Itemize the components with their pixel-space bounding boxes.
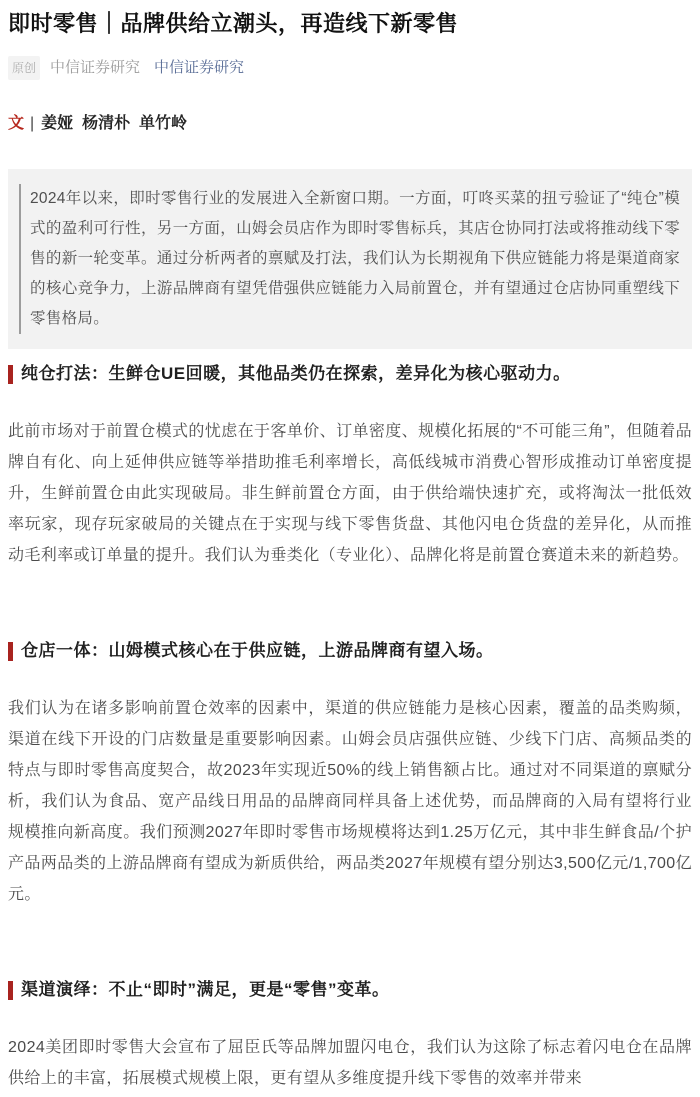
article-title: 即时零售｜品牌供给立潮头，再造线下新零售 (8, 8, 692, 40)
authors-prefix: 文 (8, 115, 24, 132)
account-link[interactable]: 中信证券研究 (154, 58, 244, 78)
red-bar-icon (8, 981, 13, 1000)
section-heading-2: 仓店一体：山姆模式核心在于供应链，上游品牌商有望入场。 (8, 639, 692, 663)
authors-line: 文|姜娅 杨清朴 单竹岭 (8, 110, 692, 133)
section-heading-2-text: 仓店一体：山姆模式核心在于供应链，上游品牌商有望入场。 (21, 639, 494, 663)
byline: 原创 中信证券研究 中信证券研究 (8, 56, 692, 80)
section-heading-1: 纯仓打法：生鲜仓UE回暖，其他品类仍在探索，差异化为核心驱动力。 (8, 362, 692, 386)
abstract-text: 2024年以来，即时零售行业的发展进入全新窗口期。一方面，叮咚买菜的扭亏验证了“… (19, 184, 680, 334)
section-heading-3-text: 渠道演绎：不止“即时”满足，更是“零售”变革。 (21, 978, 390, 1002)
authors-separator: | (30, 115, 34, 132)
section-body-3: 2024美团即时零售大会宣布了屈臣氏等品牌加盟闪电仓，我们认为这除了标志着闪电仓… (8, 1032, 692, 1094)
red-bar-icon (8, 365, 13, 384)
account-name[interactable]: 中信证券研究 (50, 58, 140, 78)
section-body-1: 此前市场对于前置仓模式的忧虑在于客单价、订单密度、规模化拓展的“不可能三角”，但… (8, 416, 692, 571)
section-body-2: 我们认为在诸多影响前置仓效率的因素中，渠道的供应链能力是核心因素，覆盖的品类购频… (8, 693, 692, 910)
section-heading-3: 渠道演绎：不止“即时”满足，更是“零售”变革。 (8, 978, 692, 1002)
section-heading-1-text: 纯仓打法：生鲜仓UE回暖，其他品类仍在探索，差异化为核心驱动力。 (21, 362, 571, 386)
red-bar-icon (8, 642, 13, 661)
article-page: 即时零售｜品牌供给立潮头，再造线下新零售 原创 中信证券研究 中信证券研究 文|… (0, 8, 700, 1094)
original-badge: 原创 (8, 56, 40, 80)
abstract-quote-box: 2024年以来，即时零售行业的发展进入全新窗口期。一方面，叮咚买菜的扭亏验证了“… (8, 169, 692, 349)
authors-names: 姜娅 杨清朴 单竹岭 (41, 115, 187, 132)
